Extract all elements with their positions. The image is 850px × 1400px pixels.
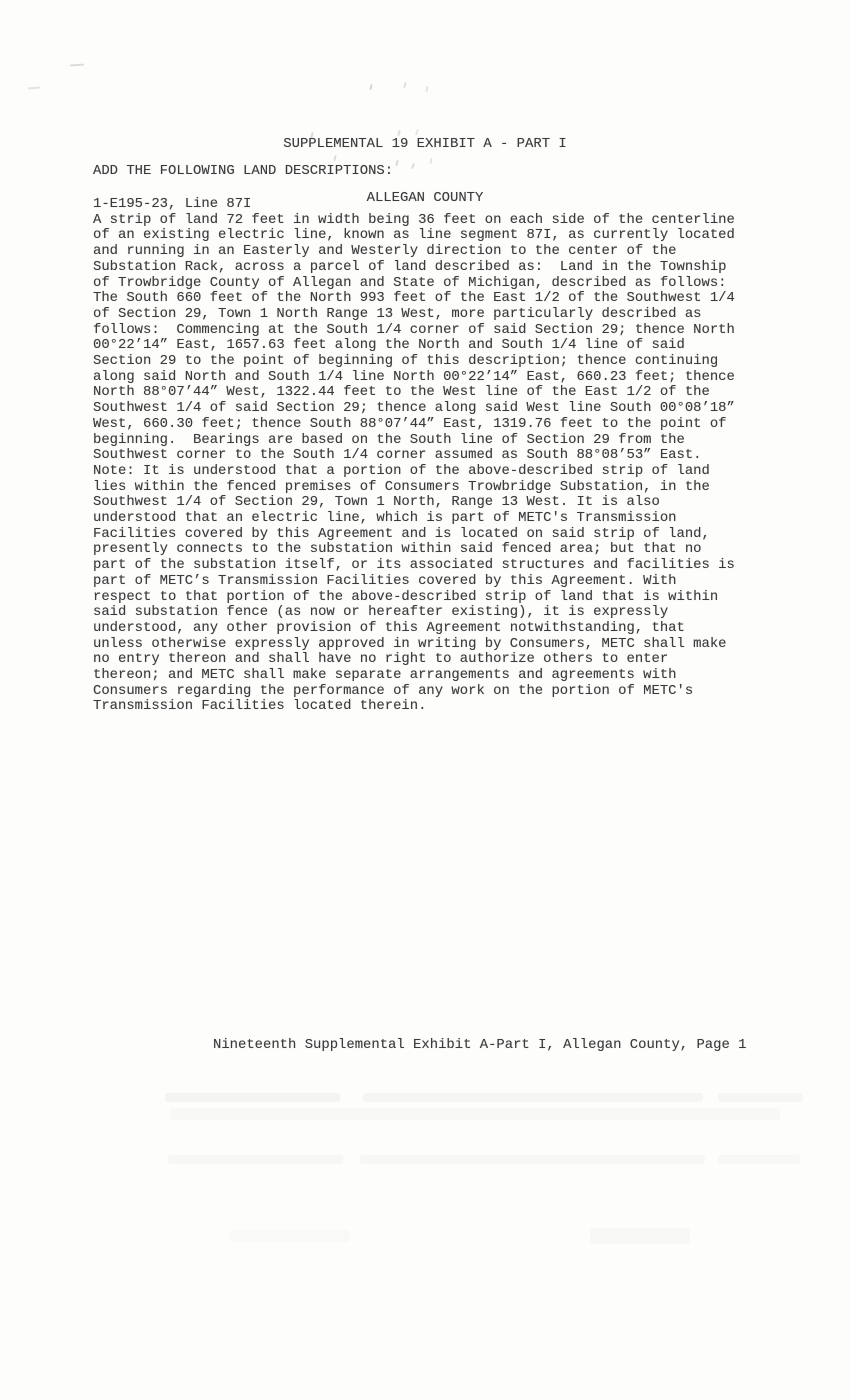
scan-artifact-tick: [403, 82, 407, 88]
scan-artifact-dash: [28, 87, 40, 90]
scan-artifact-blot: [170, 1108, 780, 1120]
section-heading: ADD THE FOLLOWING LAND DESCRIPTIONS:: [93, 163, 393, 179]
scan-artifact-blot: [360, 1155, 705, 1164]
scan-artifact-tick: [369, 84, 372, 90]
scan-artifact-blot: [718, 1093, 803, 1102]
description-id: 1-E195-23, Line 87I: [93, 197, 251, 213]
scan-artifact-tick: [425, 86, 428, 92]
description-body: A strip of land 72 feet in width being 3…: [93, 213, 735, 716]
scan-artifact-dash: [70, 64, 84, 67]
scan-artifact-blot: [165, 1093, 340, 1102]
scan-artifact-blot: [718, 1155, 800, 1164]
title-line-1: SUPPLEMENTAL 19 EXHIBIT A - PART I: [0, 135, 850, 153]
scan-artifact-blot: [168, 1155, 343, 1164]
document-page: SUPPLEMENTAL 19 EXHIBIT A - PART I ALLEG…: [0, 0, 850, 1400]
page-footer: Nineteenth Supplemental Exhibit A-Part I…: [213, 1037, 747, 1053]
scan-artifact-blot: [363, 1093, 703, 1102]
scan-artifact-blot: [590, 1228, 690, 1244]
scan-artifact-blot: [230, 1230, 350, 1242]
